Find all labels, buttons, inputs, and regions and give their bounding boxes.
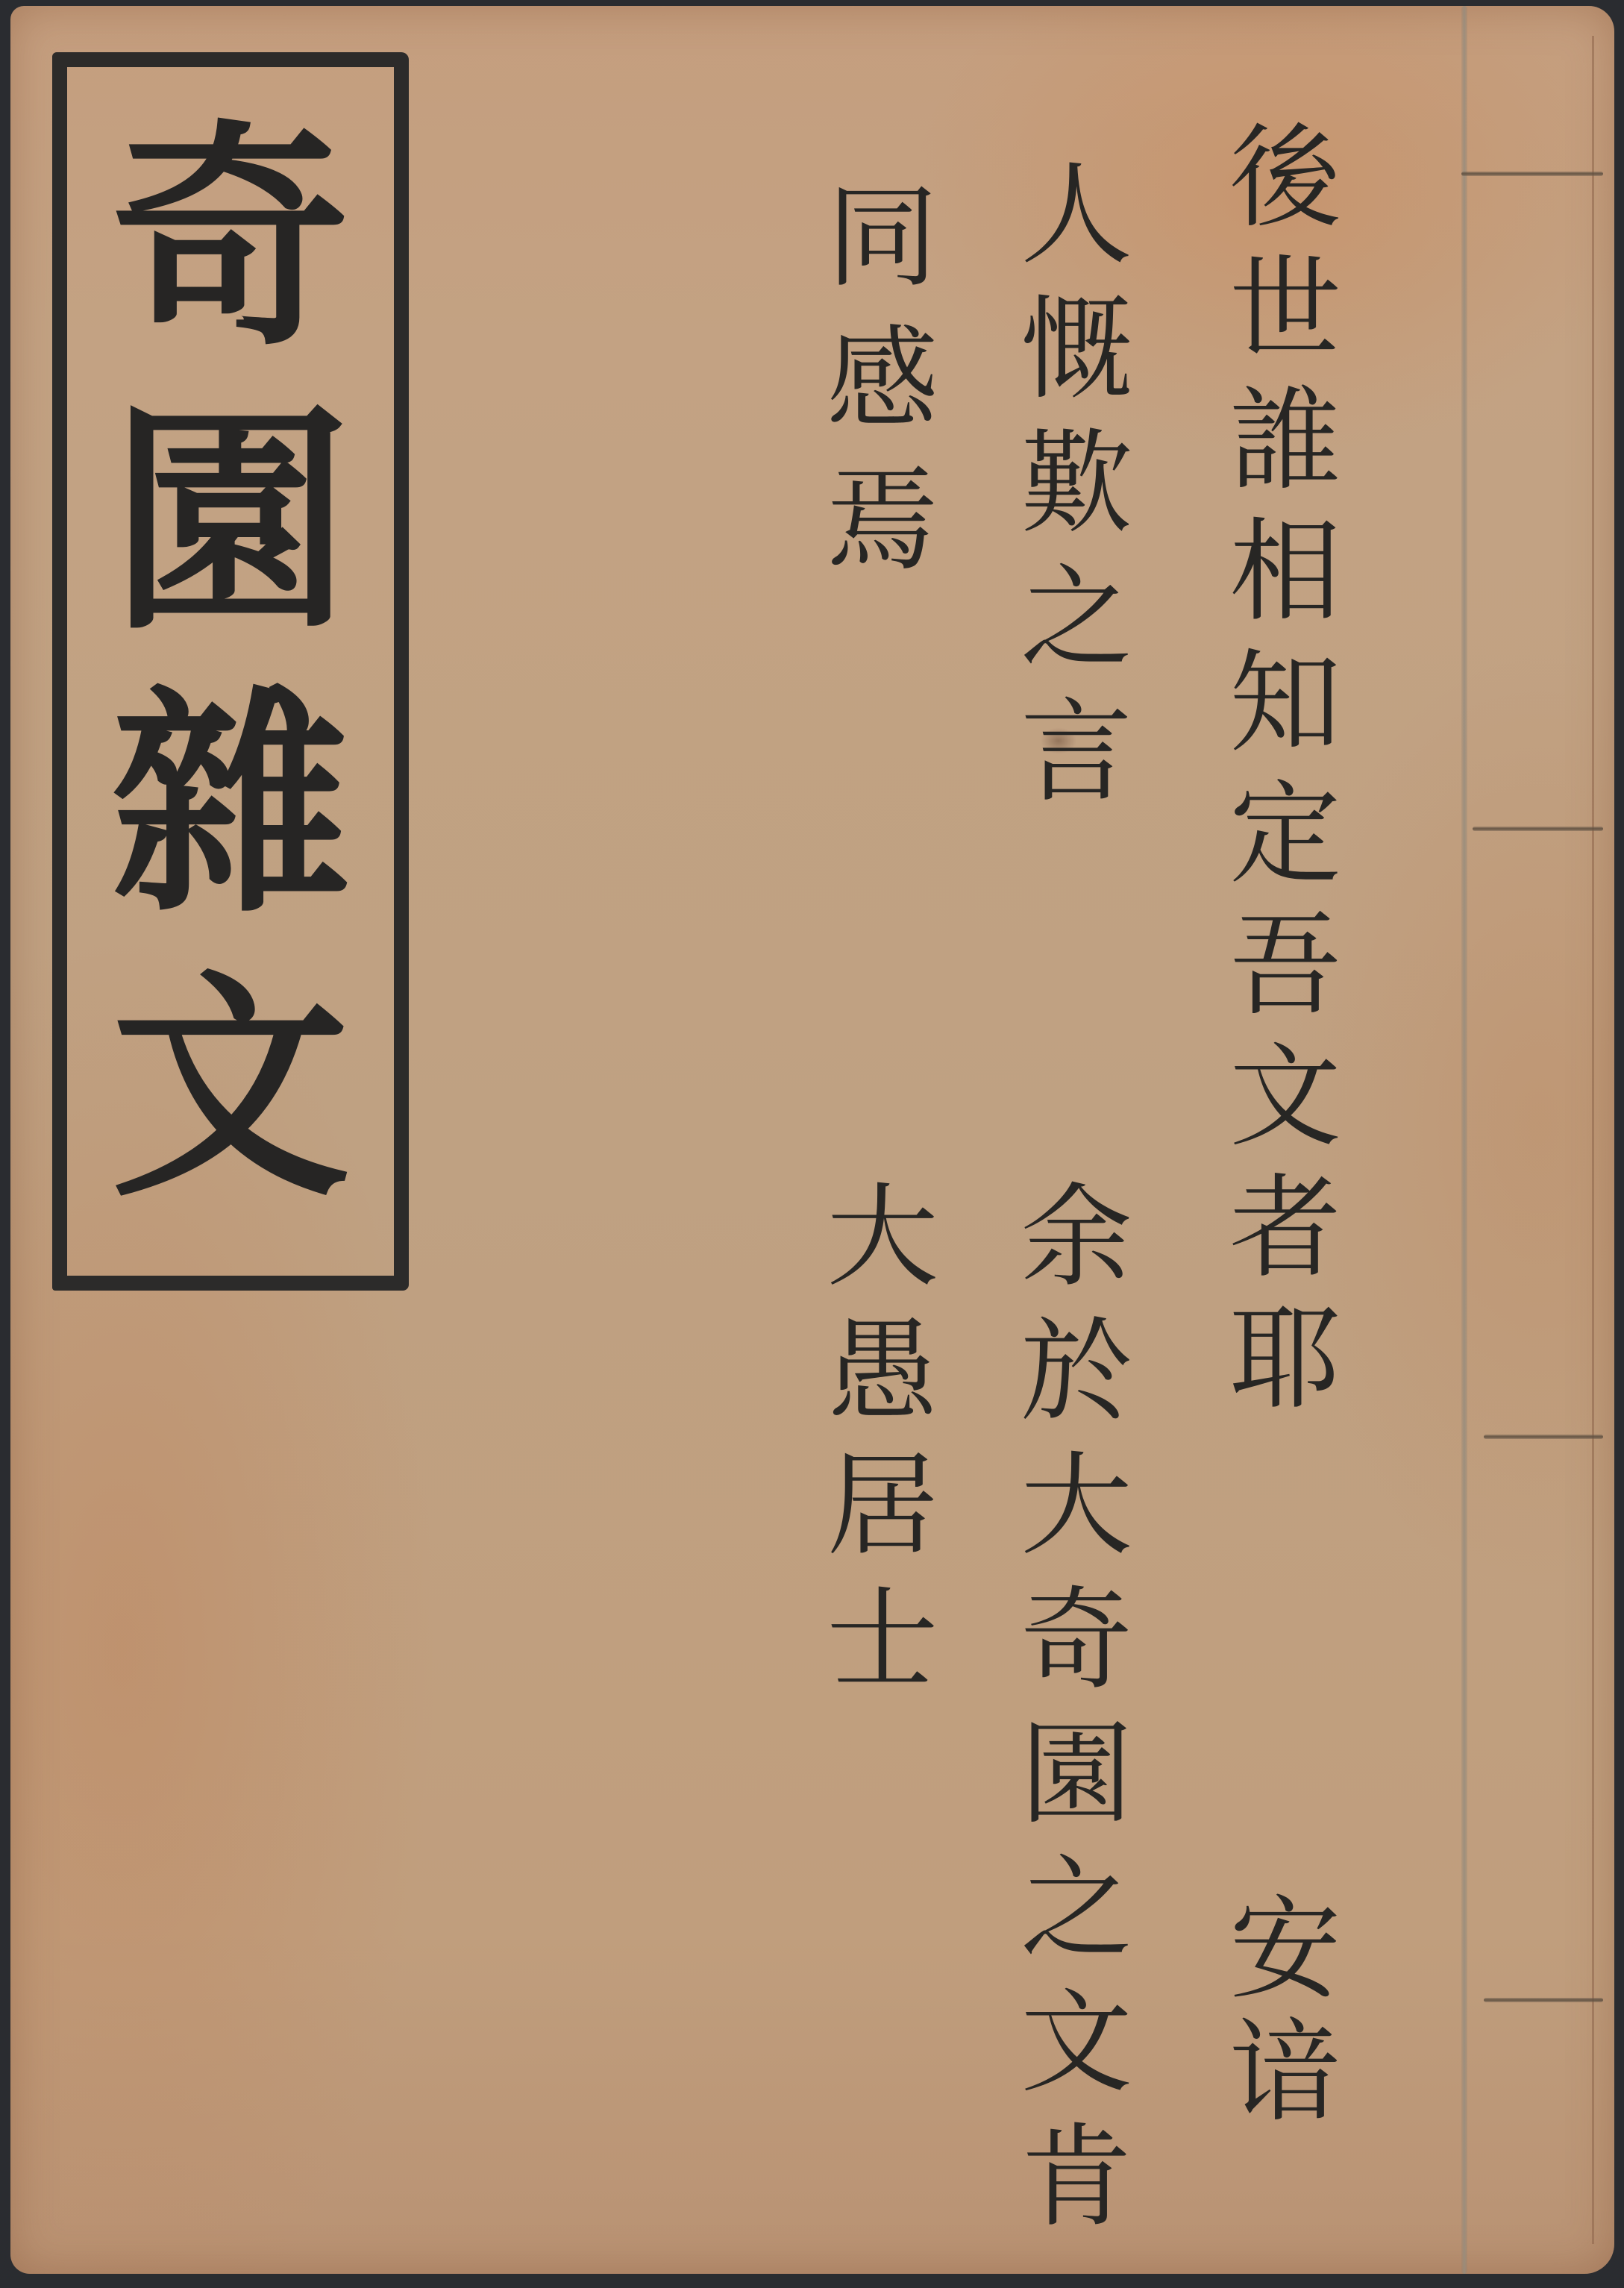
binding-stitch bbox=[1484, 1998, 1603, 2002]
title-label-frame: 奇 園 雜 文 bbox=[52, 52, 409, 1291]
binding-stitch bbox=[1473, 827, 1603, 831]
binding-thread-vertical bbox=[1461, 6, 1467, 2274]
title-char: 文 bbox=[111, 970, 350, 1209]
signature: 大愚居士 bbox=[816, 1177, 928, 1714]
inscription-column-3: 同感焉 bbox=[816, 178, 928, 603]
title-char: 園 bbox=[111, 403, 350, 642]
title-char: 雜 bbox=[111, 686, 350, 925]
page-edge-line bbox=[1592, 36, 1594, 2244]
inscription-column-1-end: 安谙 bbox=[1219, 1890, 1331, 2134]
binding-stitch bbox=[1461, 172, 1603, 176]
book-cover: 奇 園 雜 文 後世誰相知定吾文者耶 安谙 人慨歎之言 余於大奇園之文肯 同感焉… bbox=[10, 6, 1614, 2274]
binding-stitch bbox=[1484, 1435, 1603, 1439]
inscription-column-2-end: 余於大奇園之文肯 bbox=[1010, 1177, 1122, 2251]
title-char: 奇 bbox=[111, 119, 350, 358]
inscription-column-1: 後世誰相知定吾文者耶 bbox=[1219, 118, 1331, 1431]
inscription-column-2: 人慨歎之言 bbox=[1010, 155, 1122, 827]
